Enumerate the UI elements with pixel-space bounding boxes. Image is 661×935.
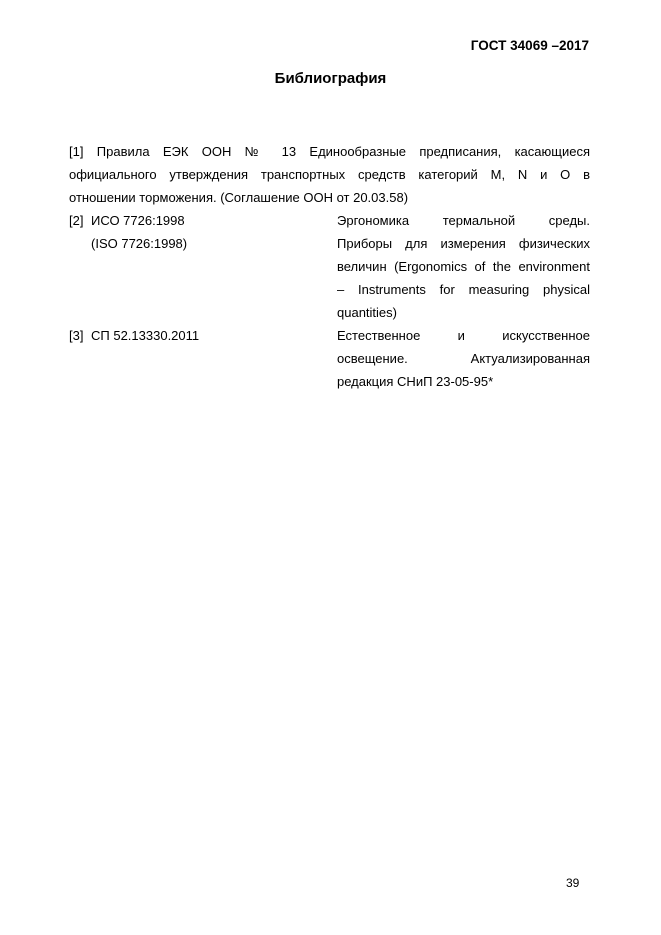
page-title: Библиография — [0, 70, 661, 87]
reference-2-number: [2] — [69, 209, 91, 232]
description-line: освещение. Актуализированная — [337, 347, 590, 370]
page-number: 39 — [566, 876, 579, 890]
reference-1-line: официального утверждения транспортных ср… — [69, 163, 590, 186]
reference-3-designation: [3]СП 52.13330.2011 — [69, 324, 199, 347]
document-code-header: ГОСТ 34069 –2017 — [471, 38, 589, 53]
description-line: quantities) — [337, 301, 590, 324]
reference-3-code: СП 52.13330.2011 — [91, 328, 199, 343]
reference-1-line: отношении торможения. (Соглашение ООН от… — [69, 186, 590, 209]
description-line: Естественное и искусственное — [337, 324, 590, 347]
description-line: Эргономика термальной среды. — [337, 209, 590, 232]
reference-2-code: ИСО 7726:1998 — [91, 213, 185, 228]
reference-3-number: [3] — [69, 324, 91, 347]
reference-2-code-intl: (ISO 7726:1998) — [69, 232, 187, 255]
description-line: величин (Ergonomics of the environment — [337, 255, 590, 278]
reference-3-description: Естественное и искусственное освещение. … — [337, 324, 590, 393]
reference-1-line: [1] Правила ЕЭК ООН № 13 Единообразные п… — [69, 140, 590, 163]
reference-2-description: Эргономика термальной среды. Приборы для… — [337, 209, 590, 324]
reference-2-designation: [2]ИСО 7726:1998 (ISO 7726:1998) — [69, 209, 187, 255]
description-line: редакция СНиП 23-05-95* — [337, 370, 590, 393]
reference-1: [1] Правила ЕЭК ООН № 13 Единообразные п… — [69, 140, 590, 209]
description-line: Приборы для измерения физических — [337, 232, 590, 255]
description-line: – Instruments for measuring physical — [337, 278, 590, 301]
